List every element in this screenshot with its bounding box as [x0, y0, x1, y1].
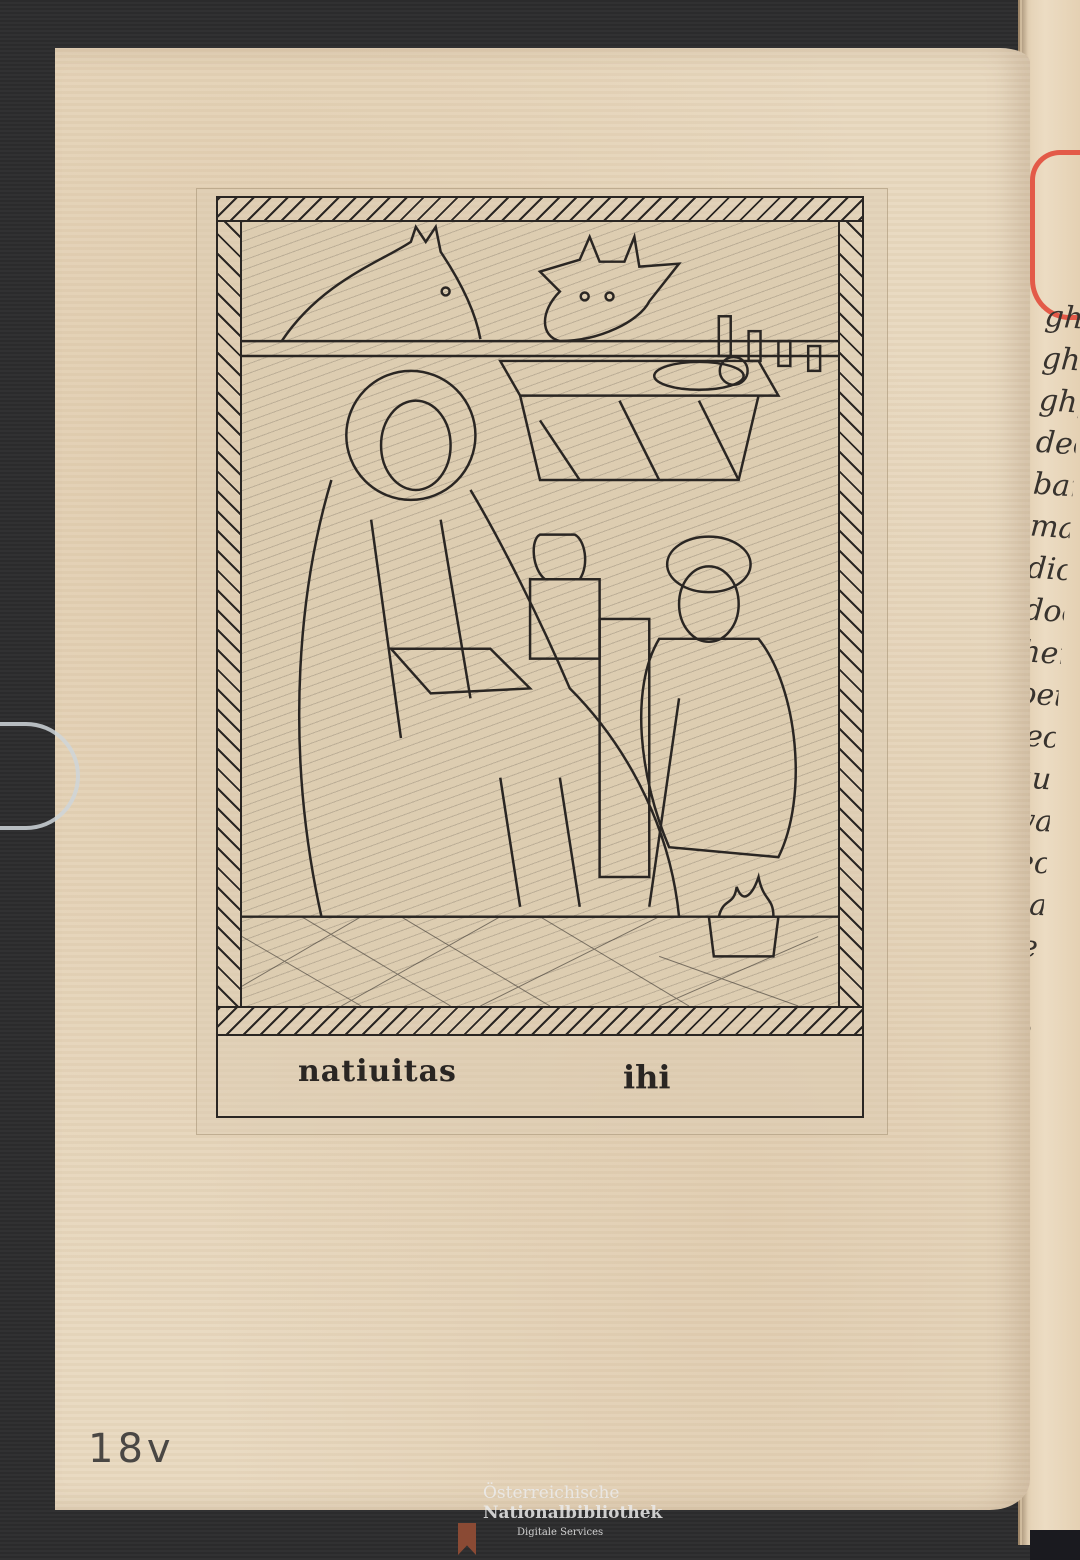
- watermark-line2: Nationalbibliothek: [483, 1503, 662, 1523]
- watermark-line3: Digitale Services: [517, 1527, 603, 1538]
- hatched-border-top: [218, 198, 862, 222]
- watermark-line1: Österreichische: [483, 1483, 619, 1503]
- print-caption: natiuitas ihi: [218, 1036, 862, 1116]
- woodcut-illustration-icon: [242, 222, 838, 1006]
- recto-line: ghega: [1041, 342, 1080, 379]
- caption-ihi: ihi: [623, 1058, 671, 1096]
- recto-line: ghg: [1038, 384, 1080, 421]
- thumb-shadow: [1030, 1530, 1080, 1560]
- recto-line: ban: [1032, 468, 1074, 505]
- nativity-woodcut: natiuitas ihi: [216, 196, 864, 1118]
- recto-line: ghelu: [1044, 300, 1080, 337]
- recto-line: dech: [1035, 426, 1077, 463]
- nativity-scene: [242, 222, 838, 1006]
- folio-number: 18v: [88, 1426, 175, 1472]
- rubric-initial: [1030, 150, 1080, 320]
- hatched-border-right: [838, 220, 862, 1008]
- recto-line: mag: [1029, 509, 1071, 546]
- recto-line: dich: [1026, 551, 1068, 588]
- hatched-border-bottom: [218, 1006, 862, 1036]
- caption-natiuitas: natiuitas: [298, 1054, 457, 1089]
- hatched-border-left: [218, 220, 242, 1008]
